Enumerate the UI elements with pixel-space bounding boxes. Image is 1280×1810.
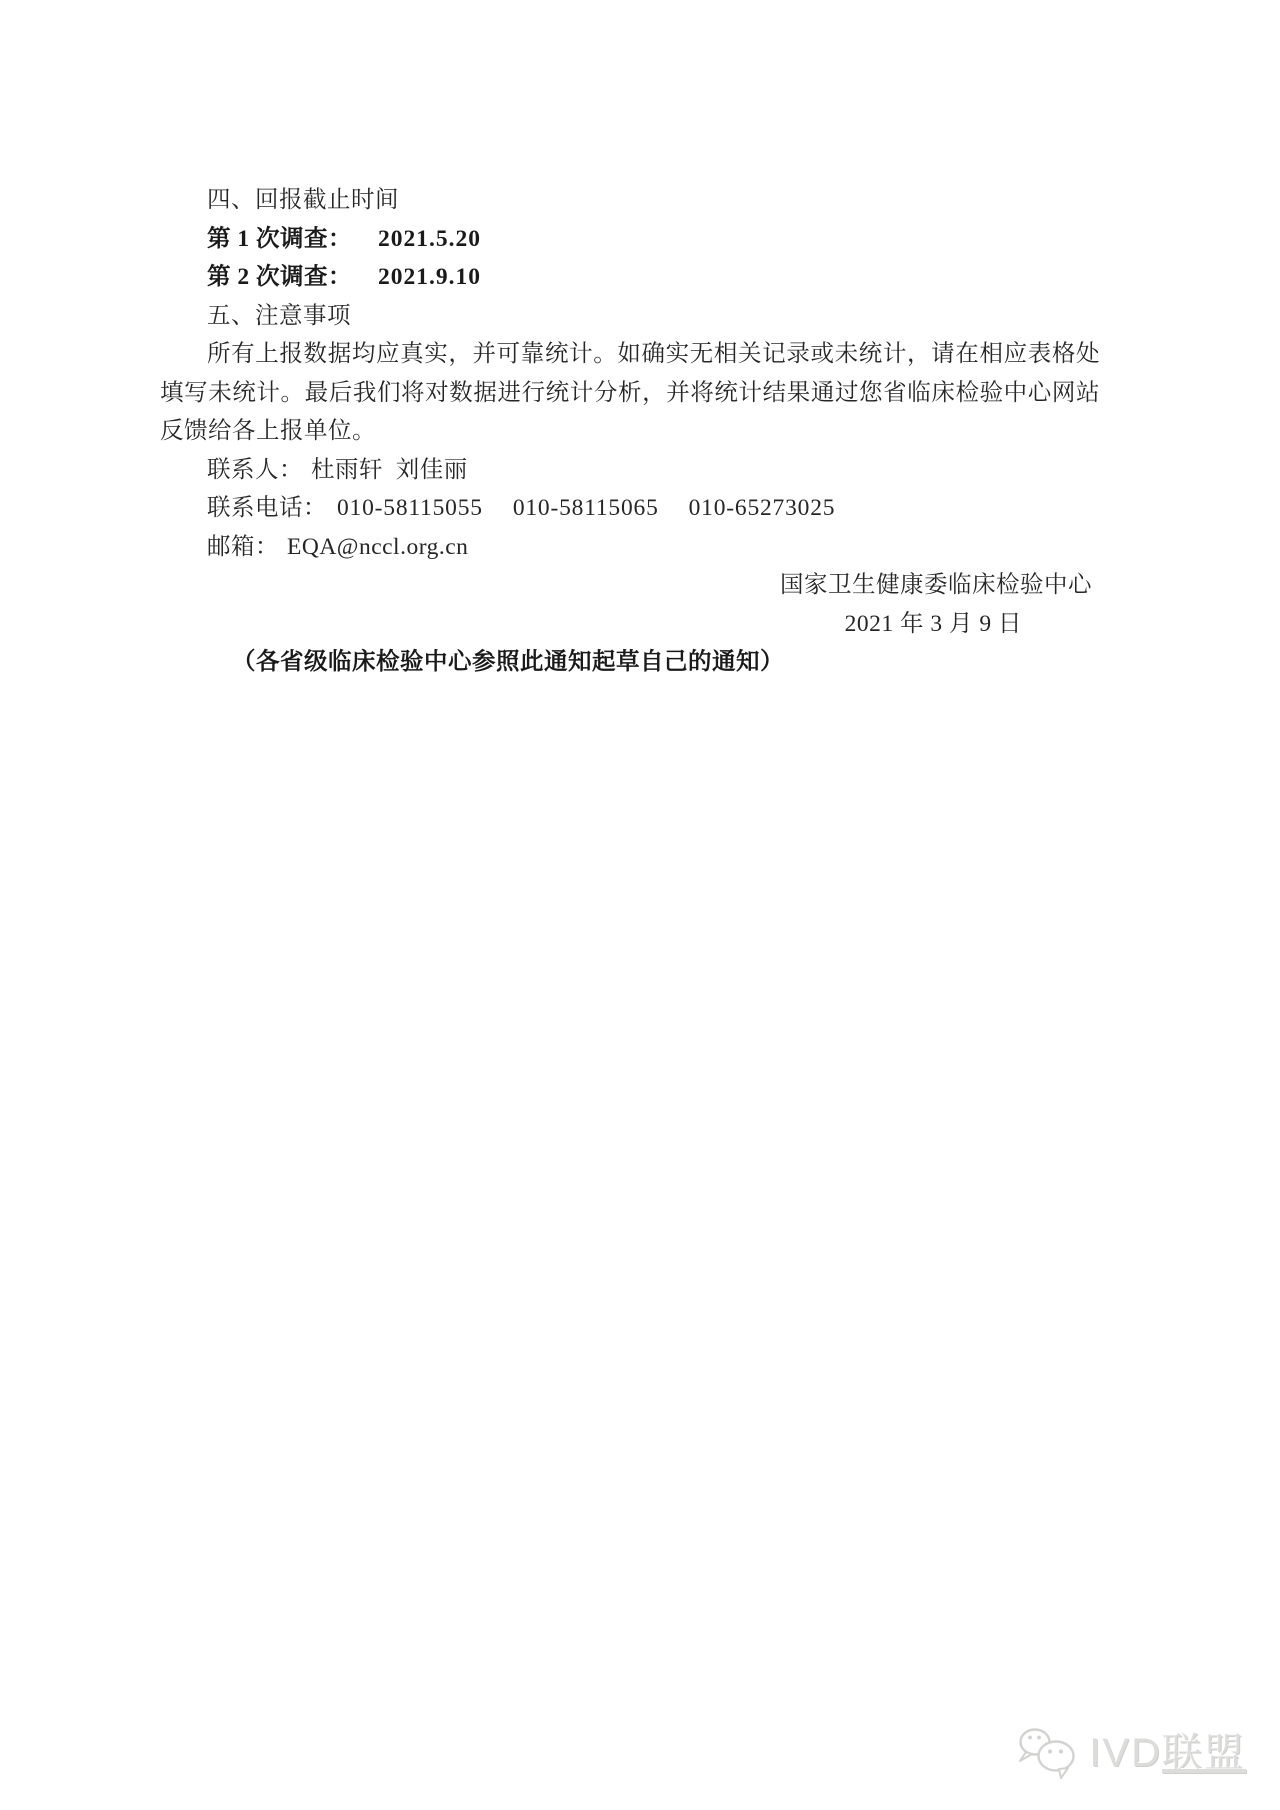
brand-watermark: IVD联盟 — [1015, 1727, 1246, 1779]
contact-phone-label: 联系电话： — [207, 495, 327, 521]
document-body: 四、回报截止时间 第 1 次调查：2021.5.20 第 2 次调查：2021.… — [160, 181, 1100, 682]
contact-email-label: 邮箱： — [207, 534, 279, 560]
survey-2-date: 2021.9.10 — [378, 264, 481, 290]
contact-phone-1: 010-58115055 — [337, 495, 483, 521]
survey-1-label: 第 1 次调查： — [207, 226, 352, 252]
brand-watermark-cn: 联盟 — [1162, 1731, 1246, 1775]
survey-2-label: 第 2 次调查： — [207, 264, 352, 290]
contact-person-names: 杜雨轩 刘佳丽 — [311, 457, 468, 483]
footnote-instruction: （各省级临床检验中心参照此通知起草自己的通知） — [160, 643, 1100, 682]
contact-phone-line: 联系电话：010-58115055010-58115065010-6527302… — [160, 489, 1100, 528]
section-4-heading: 四、回报截止时间 — [160, 181, 1100, 220]
contact-person-line: 联系人：杜雨轩 刘佳丽 — [160, 451, 1100, 490]
section-5-heading: 五、注意事项 — [160, 297, 1100, 336]
notes-paragraph: 所有上报数据均应真实，并可靠统计。如确实无相关记录或未统计，请在相应表格处填写未… — [160, 335, 1100, 451]
survey-1-date: 2021.5.20 — [378, 226, 481, 252]
brand-watermark-text: IVD联盟 — [1089, 1730, 1246, 1776]
contact-email-value: EQA@nccl.org.cn — [287, 534, 468, 560]
brand-watermark-latin: IVD — [1089, 1731, 1162, 1775]
document-page: 四、回报截止时间 第 1 次调查：2021.5.20 第 2 次调查：2021.… — [0, 0, 1280, 1810]
contact-phone-2: 010-58115065 — [513, 495, 659, 521]
wechat-icon — [1015, 1727, 1079, 1779]
signature-organization: 国家卫生健康委临床检验中心 — [160, 566, 1100, 605]
survey-2-line: 第 2 次调查：2021.9.10 — [160, 258, 1100, 297]
signature-date: 2021 年 3 月 9 日 — [160, 605, 1100, 644]
survey-1-line: 第 1 次调查：2021.5.20 — [160, 220, 1100, 259]
contact-email-line: 邮箱：EQA@nccl.org.cn — [160, 528, 1100, 567]
contact-person-label: 联系人： — [207, 457, 303, 483]
contact-phone-3: 010-65273025 — [689, 495, 836, 521]
